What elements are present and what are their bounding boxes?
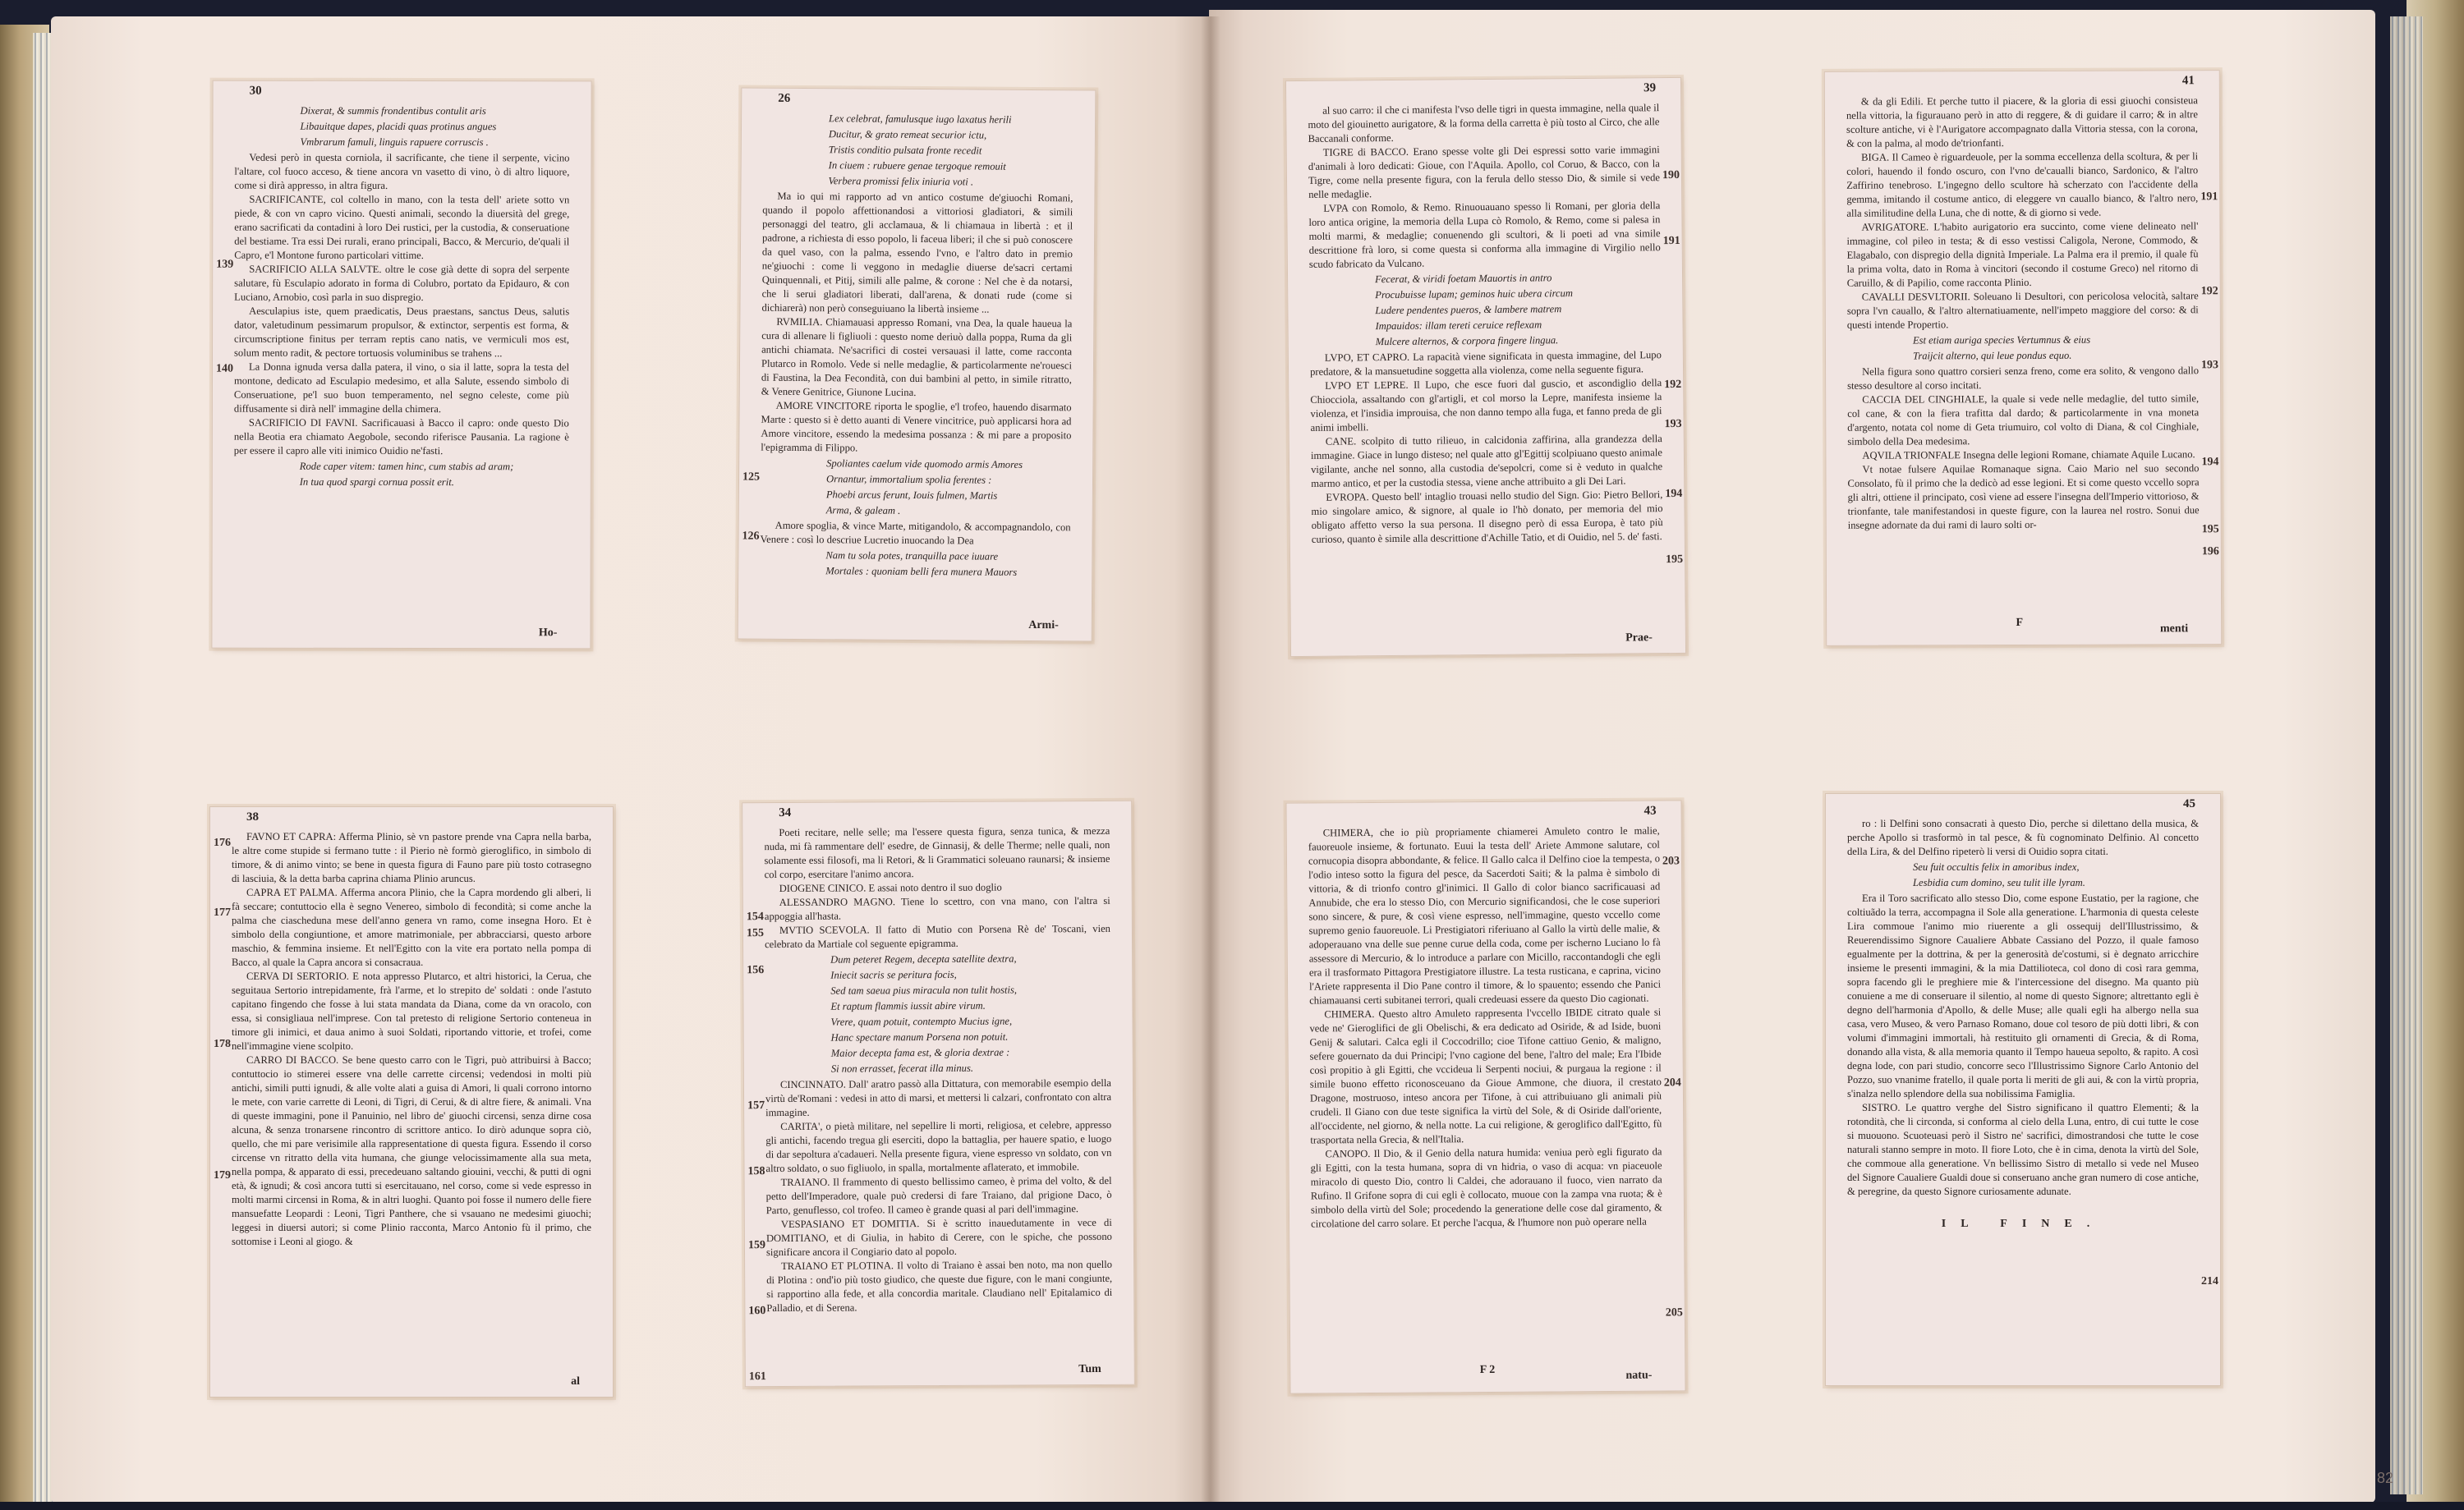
pasted-page-26: 26125126Lex celebrat, famulusque iugo la… (738, 88, 1096, 642)
latin-verse-line: Seu fuit occultis felix in amoribus inde… (1847, 861, 2199, 874)
paragraph: ALESSANDRO MAGNO. Tiene lo scettro, con … (765, 894, 1110, 924)
latin-verse-line: Ornantur, immortalium spolia ferentes : (761, 472, 1071, 489)
paragraph: TIGRE di BACCO. Erano spesse volte gli D… (1308, 143, 1661, 202)
latin-verse-line: Est etiam auriga species Vertumnus & eiu… (1847, 333, 2199, 347)
paragraph: CAPRA ET PALMA. Afferma ancora Plinio, c… (232, 886, 591, 970)
margin-figure-number: 191 (2200, 190, 2218, 204)
page-body: al suo carro: il che ci manifesta l'vso … (1308, 101, 1663, 547)
margin-figure-number: 193 (2201, 358, 2218, 372)
latin-verse-line: Vmbrarum famuli, linguis rapuere corrusc… (234, 135, 569, 150)
paragraph: CHIMERA, che io più propriamente chiamer… (1308, 824, 1662, 1008)
margin-figure-number: 159 (748, 1238, 765, 1252)
page-number: 45 (2183, 797, 2195, 811)
paragraph: ro : li Delfini sono consacrati à questo… (1847, 817, 2199, 859)
latin-verse-line: Ludere pendentes pueros, & lambere matre… (1309, 301, 1661, 319)
paragraph: Vedesi però in questa corniola, il sacri… (234, 151, 569, 194)
paragraph: AQVILA TRIONFALE Insegna delle legioni R… (1847, 447, 2199, 462)
latin-verse-line: Hanc spectare manum Porsena non potuit. (765, 1030, 1111, 1045)
paragraph: al suo carro: il che ci manifesta l'vso … (1308, 101, 1659, 146)
paragraph: CACCIA DEL CINGHIALE, la quale si vede n… (1847, 392, 2199, 448)
latin-verse-line: Traijcit alterno, qui leue pondus equo. (1847, 348, 2199, 363)
page-body: Poeti recitare, nelle selle; ma l'essere… (764, 824, 1112, 1315)
paragraph: EVROPA. Questo bell' intaglio trouasi ne… (1311, 488, 1663, 547)
latin-verse-line: Tristis conditio pulsata fronte recedit (763, 143, 1073, 159)
margin-figure-number: 154 (747, 910, 764, 924)
catchword: Prae- (1625, 631, 1653, 645)
margin-figure-number: 194 (1665, 487, 1682, 501)
paragraph: FAVNO ET CAPRA: Afferma Plinio, sè vn pa… (232, 830, 591, 886)
page-number: 26 (778, 92, 790, 106)
paragraph: Poeti recitare, nelle selle; ma l'essere… (764, 824, 1110, 882)
catchword: Ho- (539, 626, 558, 640)
margin-figure-number: 195 (1666, 553, 1683, 567)
paragraph: CHIMERA. Questo altro Amuleto rappresent… (1309, 1006, 1662, 1148)
paragraph: BIGA. Il Cameo è riguardeuole, per la so… (1846, 149, 2198, 220)
paragraph: CANE. scolpito di tutto rilieuo, in calc… (1311, 432, 1663, 491)
margin-figure-number: 158 (747, 1164, 765, 1178)
latin-verse-line: Maior decepta fama est, & gloria dextrae… (765, 1045, 1111, 1061)
page-number: 41 (2182, 74, 2195, 88)
signature-mark: F 2 (1480, 1363, 1496, 1377)
latin-verse-line: Mulcere alternos, & corpora fingere ling… (1310, 333, 1662, 350)
latin-verse-line: Fecerat, & viridi foetam Mauortis in ant… (1309, 270, 1661, 287)
paragraph: Amore spoglia, & vince Marte, mitigandol… (760, 519, 1070, 549)
page-body: & da gli Edili. Et perche tutto il piace… (1846, 94, 2200, 532)
paragraph: LVPA con Romolo, & Remo. Rinuouauano spe… (1308, 199, 1661, 272)
latin-verse-line: Spoliantes caelum vide quomodo armis Amo… (761, 457, 1071, 473)
catchword: al (571, 1375, 580, 1388)
pasted-page-39: 39190191192193194195al suo carro: il che… (1285, 77, 1686, 657)
latin-verse-line: Sed tam saeua pius miracula non tulit ho… (765, 983, 1110, 998)
paragraph: & da gli Edili. Et perche tutto il piace… (1846, 94, 2198, 150)
page-body: FAVNO ET CAPRA: Afferma Plinio, sè vn pa… (232, 830, 591, 1249)
margin-figure-number: 176 (214, 836, 231, 850)
paragraph: AVRIGATORE. L'habito aurigatorio era suc… (1846, 219, 2198, 290)
catchword: Armi- (1028, 618, 1059, 632)
margin-figure-number: 155 (747, 926, 764, 940)
latin-verse-line: Nam tu sola potes, tranquilla pace iuuar… (760, 548, 1070, 565)
pasted-page-38: 38176177178179FAVNO ET CAPRA: Afferma Pl… (209, 806, 614, 1398)
paragraph: MVTIO SCEVOLA. Il fatto di Mutio con Por… (765, 922, 1110, 952)
latin-verse-line: Ducitur, & grato remeat securior ictu, (763, 127, 1073, 144)
page-number: 43 (1644, 805, 1657, 819)
page-number: 39 (1643, 81, 1656, 95)
latin-verse-line: Iniecit sacris se peritura focis, (765, 967, 1110, 983)
latin-verse-line: In tua quod spargi cornua possit erit. (234, 475, 569, 490)
paragraph: Nella figura sono quattro corsieri senza… (1847, 364, 2199, 392)
margin-figure-number: 190 (1662, 168, 1680, 182)
margin-figure-number: 139 (216, 258, 233, 272)
catchword: menti (2160, 622, 2188, 636)
latin-verse-line: Libauitque dapes, placidi quas protinus … (234, 120, 569, 135)
pasted-page-43: 43203204205CHIMERA, che io più propriame… (1285, 800, 1685, 1393)
paragraph: SACRIFICIO ALLA SALVTE. oltre le cose gi… (234, 263, 569, 305)
margin-figure-number: 157 (747, 1099, 765, 1113)
latin-verse-line: Phoebi arcus ferunt, Iouis fulmen, Marti… (761, 488, 1071, 504)
margin-figure-number: 214 (2201, 1274, 2218, 1288)
paragraph: CINCINNATO. Dall' aratro passò alla Ditt… (765, 1076, 1111, 1120)
paragraph: SISTRO. Le quattro verghe del Sistro sig… (1847, 1101, 2199, 1199)
latin-verse-line: Mortales : quoniam belli fera munera Mau… (760, 564, 1070, 581)
paragraph: La Donna ignuda versa dalla patera, il v… (234, 360, 569, 417)
margin-figure-number: 156 (747, 963, 764, 977)
pasted-page-41: 41191192193194195196& da gli Edili. Et p… (1824, 70, 2222, 646)
book-gutter (1201, 16, 1221, 1503)
margin-figure-number: 177 (214, 906, 231, 920)
latin-verse-line: Si non errasset, fecerat illa minus. (765, 1061, 1111, 1076)
paragraph: LVPO ET LEPRE. Il Lupo, che esce fuori d… (1310, 376, 1662, 435)
margin-figure-number: 194 (2201, 455, 2218, 469)
catchword: natu- (1625, 1369, 1652, 1383)
paragraph: TRAIANO ET PLOTINA. Il volto di Traiano … (766, 1258, 1112, 1315)
signature-mark: F (2016, 616, 2023, 630)
paragraph: CARRO DI BACCO. Se bene questo carro con… (232, 1053, 591, 1249)
paragraph: CAVALLI DESVLTORII. Soleuano li Desultor… (1847, 289, 2199, 332)
margin-figure-number: 203 (1662, 854, 1680, 868)
paragraph: RVMILIA. Chiamauasi appresso Romani, vna… (761, 315, 1073, 402)
page-edges-right (2390, 16, 2423, 1494)
page-body: Lex celebrat, famulusque iugo laxatus he… (760, 112, 1073, 581)
paragraph: SACRIFICANTE, col coltello in mano, con … (234, 193, 569, 264)
catchword: Tum (1078, 1362, 1101, 1376)
margin-figure-number: 140 (216, 362, 233, 376)
paragraph: LVPO, ET CAPRO. La rapacità viene signif… (1310, 348, 1662, 379)
margin-figure-number: 125 (742, 470, 760, 484)
margin-figure-number: 160 (748, 1304, 765, 1318)
page-number: 38 (246, 810, 259, 824)
latin-verse-line: Vrere, quam potuit, contempto Mucius ign… (765, 1014, 1111, 1030)
margin-figure-number: 205 (1666, 1306, 1683, 1320)
paragraph: CARITA', o pietà militare, nel sepellire… (765, 1118, 1111, 1176)
paragraph: CERVA DI SERTORIO. E nota appresso Pluta… (232, 970, 591, 1053)
paragraph: Aesculapius iste, quem praedicatis, Deus… (234, 305, 569, 361)
pasted-page-30: 30139140141Dixerat, & summis frondentibu… (211, 80, 591, 649)
paragraph: Ma io qui mi rapporto ad vn antico costu… (761, 190, 1073, 318)
latin-verse-line: In ciuem : rubuere genae tergoque remoui… (763, 158, 1073, 175)
paragraph: DIOGENE CINICO. E assai noto dentro il s… (765, 880, 1110, 896)
margin-figure-number: 192 (1664, 378, 1681, 392)
page-number: 34 (779, 806, 791, 820)
page-body: CHIMERA, che io più propriamente chiamer… (1308, 824, 1662, 1232)
page-body: Dixerat, & summis frondentibus contulit … (234, 104, 570, 490)
latin-verse-line: Procubuisse lupam; geminos huic ubera ci… (1309, 286, 1661, 303)
latin-verse-line: Et raptum flammis iussit abire virum. (765, 998, 1110, 1014)
margin-figure-number: 192 (2201, 284, 2218, 298)
latin-verse-line: Dixerat, & summis frondentibus contulit … (235, 104, 570, 119)
latin-verse-line: Dum peteret Regem, decepta satellite dex… (765, 952, 1110, 967)
margin-figure-number: 191 (1663, 234, 1680, 248)
margin-figure-number: 193 (1665, 417, 1682, 431)
paragraph: CANOPO. Il Dio, & il Genio della natura … (1310, 1145, 1662, 1232)
latin-verse-line: Rode caper vitem: tamen hinc, cum stabis… (234, 460, 569, 475)
margin-figure-number: 195 (2202, 522, 2219, 536)
pasted-page-34: 34154155156157158159160161Poeti recitare… (742, 801, 1135, 1387)
margin-figure-number: 196 (2202, 544, 2219, 558)
latin-verse-line: Lesbidia cum domino, seu tulit ille lyra… (1847, 876, 2199, 890)
latin-verse-line: Impauidos: illam tereti ceruice reflexam (1309, 317, 1661, 334)
page-body: ro : li Delfini sono consacrati à questo… (1847, 817, 2199, 1231)
paragraph: AMORE VINCITORE riporta le spoglie, e'l … (761, 399, 1071, 457)
end-text: IL FINE. (1847, 1217, 2199, 1231)
margin-figure-number: 126 (742, 530, 759, 544)
paragraph: Vt notae fulsere Aquilae Romanaque signa… (1847, 461, 2199, 532)
paragraph: TRAIANO. Il frammento di questo bellissi… (766, 1174, 1112, 1218)
paragraph: SACRIFICIO DI FAVNI. Sacrificauasi à Bac… (234, 416, 569, 459)
latin-verse-line: Lex celebrat, famulusque iugo laxatus he… (763, 112, 1073, 128)
album-folio-number: 82 (2377, 1470, 2393, 1487)
margin-figure-number: 179 (214, 1168, 231, 1182)
margin-figure-number: 178 (214, 1037, 231, 1051)
background-shadow (0, 1502, 2464, 1510)
latin-verse-line: Verbera promissi felix iniuria voti . (762, 174, 1073, 190)
margin-figure-number: 161 (749, 1370, 766, 1384)
margin-figure-number: 204 (1664, 1076, 1681, 1090)
pasted-page-45: 45214ro : li Delfini sono consacrati à q… (1825, 793, 2221, 1386)
latin-verse-line: Arma, & galeam . (761, 503, 1071, 520)
page-number: 30 (250, 85, 262, 99)
paragraph: Era il Toro sacrificato allo stesso Dio,… (1847, 892, 2199, 1101)
paragraph: VESPASIANO ET DOMITIA. Si è scritto inau… (766, 1216, 1112, 1260)
